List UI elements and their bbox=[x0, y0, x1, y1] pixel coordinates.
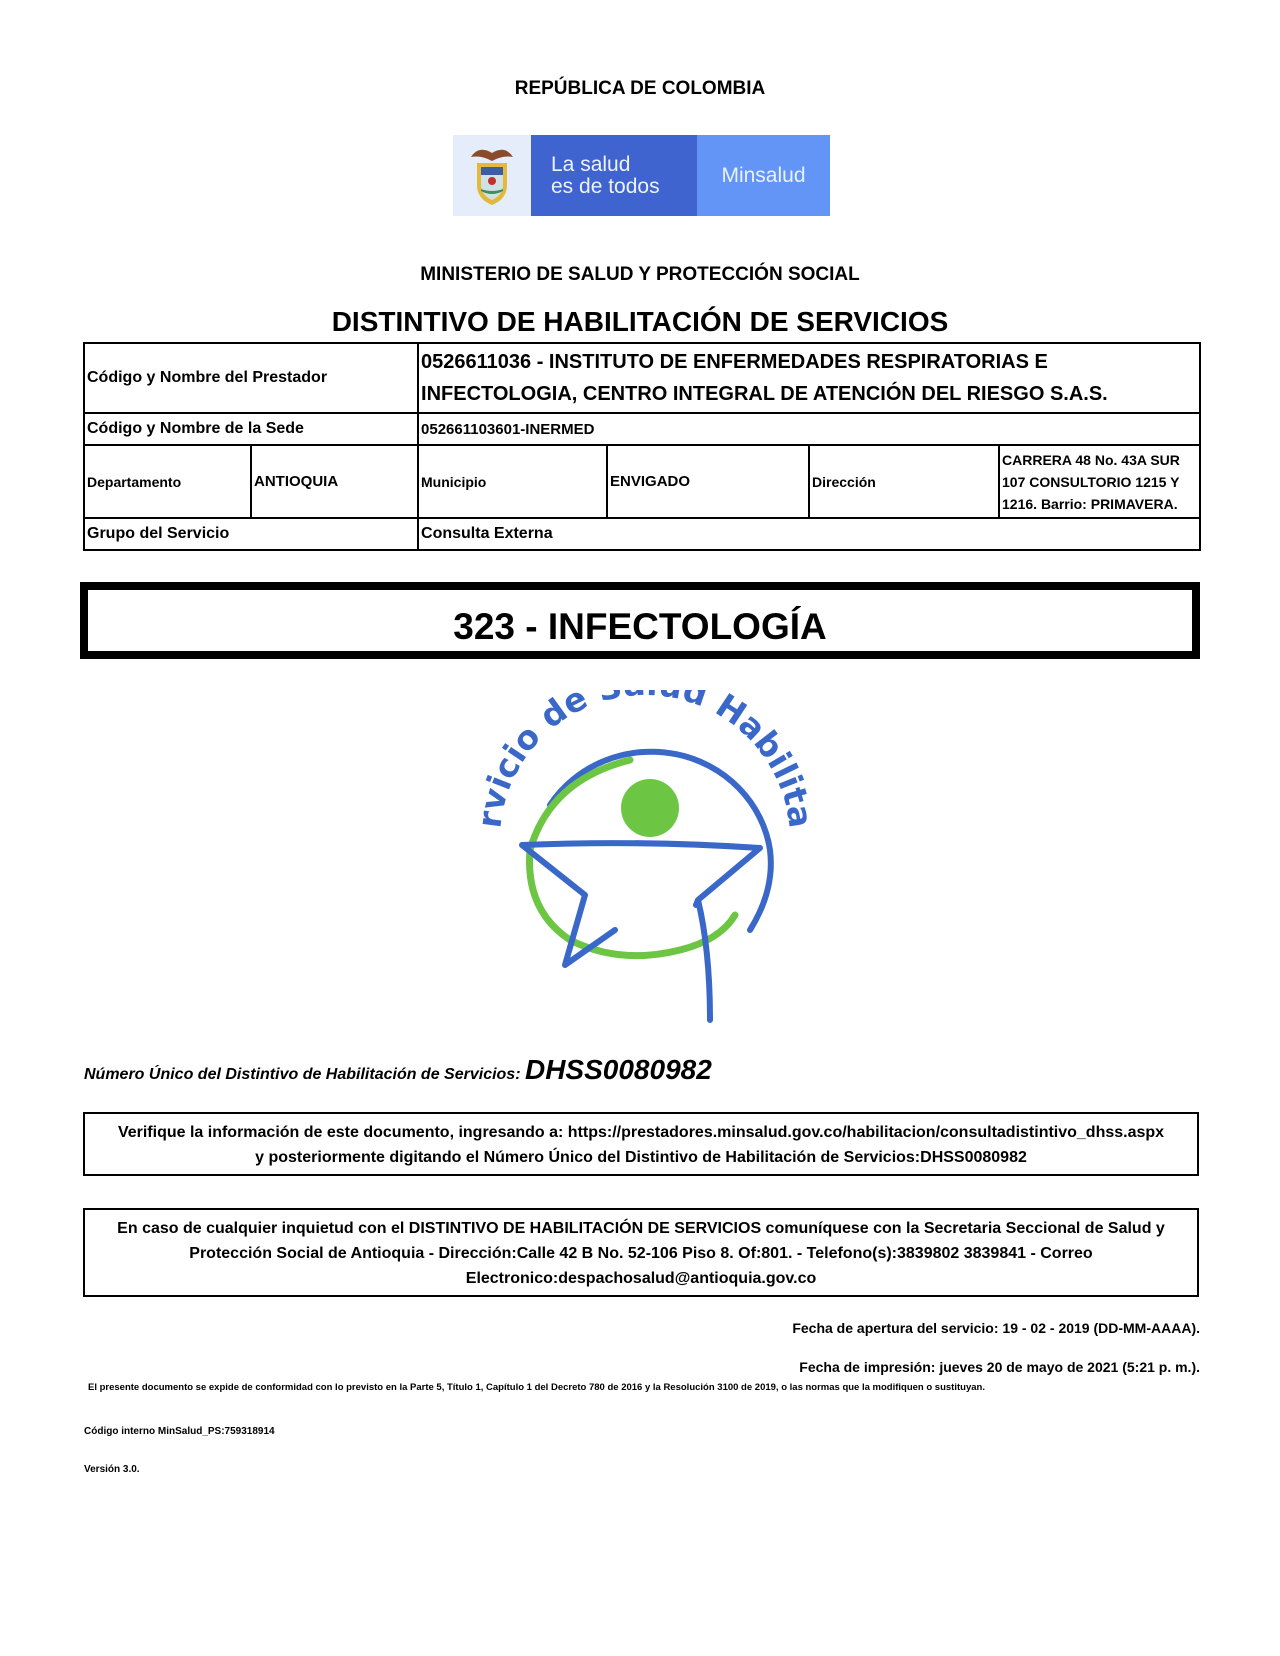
grupo-value: Consulta Externa bbox=[418, 518, 1200, 550]
print-date: Fecha de impresión: jueves 20 de mayo de… bbox=[799, 1359, 1200, 1375]
distintivo-number: Número Único del Distintivo de Habilitac… bbox=[84, 1054, 712, 1086]
prestador-label: Código y Nombre del Prestador bbox=[84, 343, 418, 413]
contact-box: En caso de cualquier inquietud con el DI… bbox=[83, 1208, 1199, 1297]
contact-line-3: Electronico:despachosalud@antioquia.gov.… bbox=[85, 1266, 1197, 1291]
verify-line-1: Verifique la información de este documen… bbox=[85, 1120, 1197, 1145]
legal-notice: El presente documento se expide de confo… bbox=[88, 1382, 985, 1393]
direccion-label: Dirección bbox=[809, 445, 999, 518]
direccion-value: CARRERA 48 No. 43A SUR 107 CONSULTORIO 1… bbox=[999, 445, 1200, 518]
provider-info-table: Código y Nombre del Prestador 0526611036… bbox=[83, 342, 1201, 551]
departamento-label: Departamento bbox=[84, 445, 251, 518]
ministry-heading: MINISTERIO DE SALUD Y PROTECCIÓN SOCIAL bbox=[0, 264, 1280, 286]
document-title: DISTINTIVO DE HABILITACIÓN DE SERVICIOS bbox=[0, 306, 1280, 338]
habilitado-emblem-icon: Servicio de Salud Habilitado bbox=[470, 690, 815, 1035]
contact-line-2: Protección Social de Antioquia - Direcci… bbox=[85, 1241, 1197, 1266]
banner-slogan: La salud es de todos bbox=[531, 135, 697, 216]
slogan-line-2: es de todos bbox=[551, 176, 697, 198]
direccion-line-2: 107 CONSULTORIO 1215 Y bbox=[1002, 471, 1197, 493]
sede-label: Código y Nombre de la Sede bbox=[84, 413, 418, 445]
municipio-label: Municipio bbox=[418, 445, 607, 518]
direccion-line-3: 1216. Barrio: PRIMAVERA. bbox=[1002, 493, 1197, 515]
prestador-line-1: 0526611036 - INSTITUTO DE ENFERMEDADES R… bbox=[421, 346, 1197, 378]
municipio-value: ENVIGADO bbox=[607, 445, 809, 518]
opening-date: Fecha de apertura del servicio: 19 - 02 … bbox=[792, 1320, 1200, 1336]
departamento-value: ANTIOQUIA bbox=[251, 445, 418, 518]
direccion-line-1: CARRERA 48 No. 43A SUR bbox=[1002, 449, 1197, 471]
contact-line-1: En caso de cualquier inquietud con el DI… bbox=[85, 1216, 1197, 1241]
distintivo-value: DHSS0080982 bbox=[525, 1054, 712, 1085]
slogan-line-1: La salud bbox=[551, 154, 697, 176]
verify-box: Verifique la información de este documen… bbox=[83, 1112, 1199, 1176]
prestador-value: 0526611036 - INSTITUTO DE ENFERMEDADES R… bbox=[418, 343, 1200, 413]
service-name: 323 - INFECTOLOGÍA bbox=[453, 606, 827, 648]
table-row: Código y Nombre de la Sede 052661103601-… bbox=[84, 413, 1200, 445]
coat-of-arms-icon bbox=[453, 135, 531, 216]
brand-name: Minsalud bbox=[697, 135, 830, 216]
grupo-label: Grupo del Servicio bbox=[84, 518, 418, 550]
internal-code: Código interno MinSalud_PS:759318914 bbox=[84, 1426, 275, 1437]
country-heading: REPÚBLICA DE COLOMBIA bbox=[0, 78, 1280, 100]
table-row: Código y Nombre del Prestador 0526611036… bbox=[84, 343, 1200, 413]
table-row: Departamento ANTIOQUIA Municipio ENVIGAD… bbox=[84, 445, 1200, 518]
prestador-line-2: INFECTOLOGIA, CENTRO INTEGRAL DE ATENCIÓ… bbox=[421, 378, 1197, 410]
table-row: Grupo del Servicio Consulta Externa bbox=[84, 518, 1200, 550]
verify-line-2: y posteriormente digitando el Número Úni… bbox=[85, 1145, 1197, 1170]
sede-value: 052661103601-INERMED bbox=[418, 413, 1200, 445]
minsalud-banner: La salud es de todos Minsalud bbox=[453, 135, 830, 216]
version: Versión 3.0. bbox=[84, 1464, 140, 1475]
service-box: 323 - INFECTOLOGÍA bbox=[80, 582, 1200, 659]
distintivo-label: Número Único del Distintivo de Habilitac… bbox=[84, 1066, 521, 1083]
